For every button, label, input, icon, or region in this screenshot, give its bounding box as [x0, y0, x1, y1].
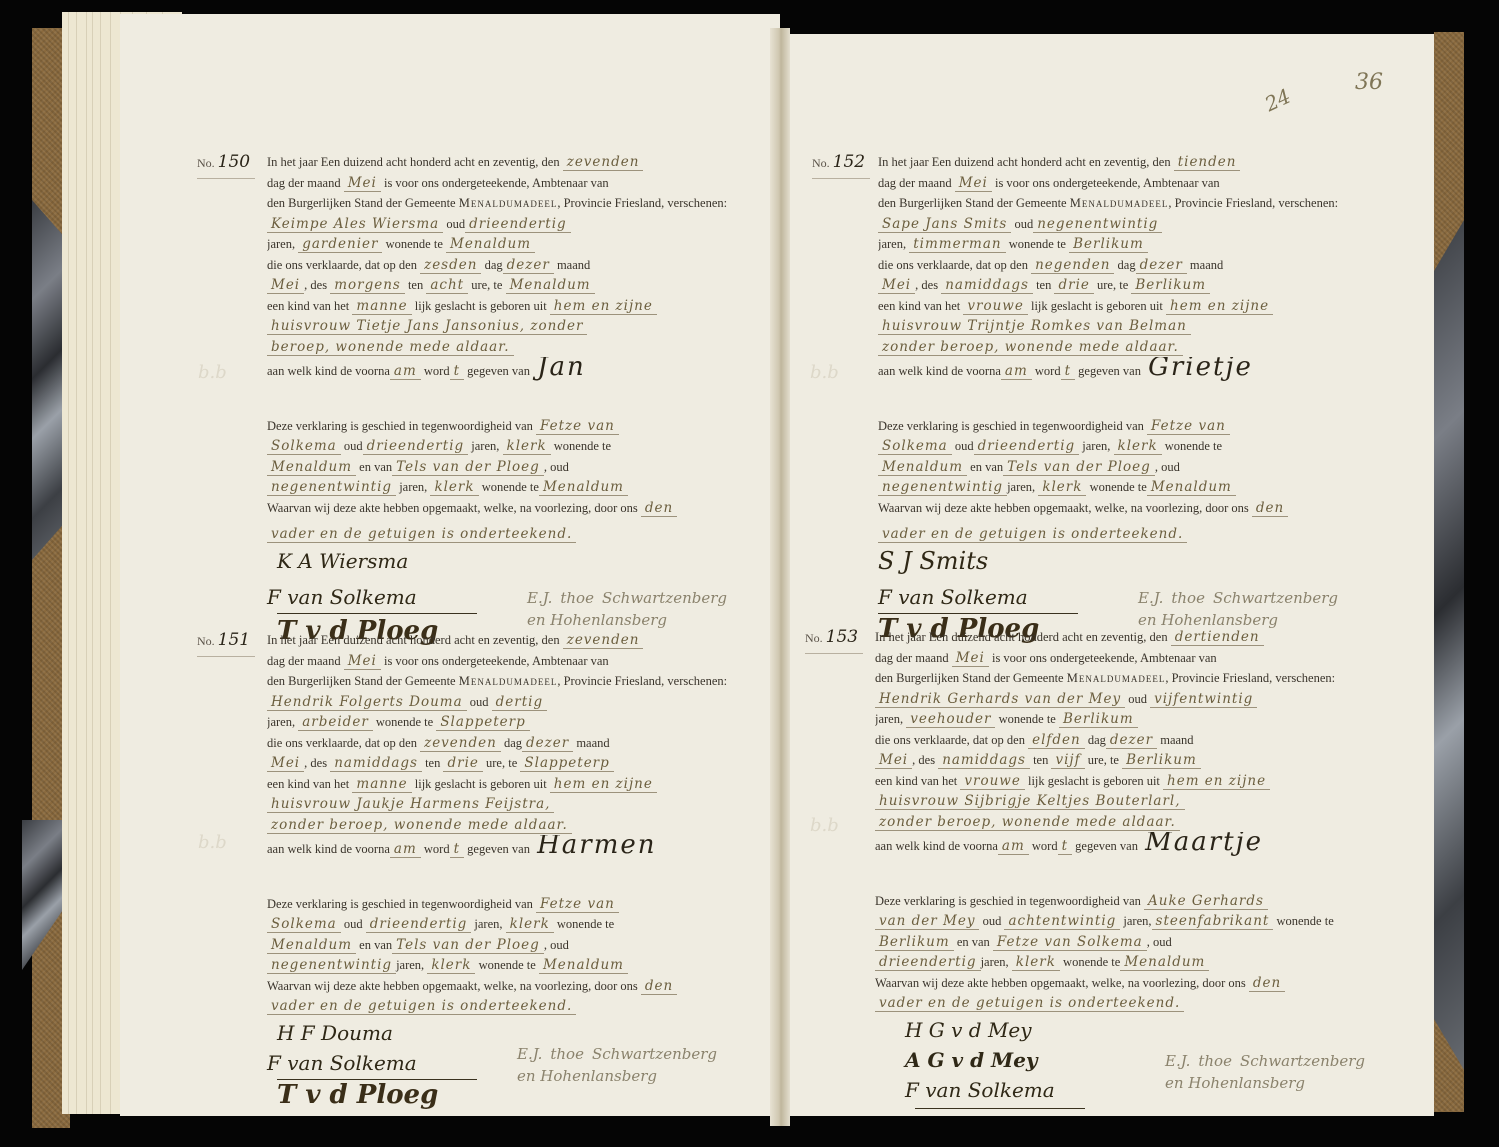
signature-witness1: F van Solkema	[878, 587, 1028, 608]
occupation-field: gardenier	[298, 236, 382, 253]
signature-witness2: T v d Ploeg	[277, 1085, 438, 1106]
day-field: zevenden	[563, 632, 644, 649]
record-body: In het jaar Een duizend acht honderd ach…	[875, 627, 1365, 1130]
time-of-day-field: namiddags	[938, 752, 1030, 769]
hour-field: vijf	[1051, 752, 1084, 769]
father-age-field: drieendertig	[465, 216, 571, 233]
day-field: tienden	[1174, 154, 1241, 171]
day-field: dertienden	[1171, 629, 1264, 646]
birth-day-field: zesden	[420, 257, 481, 274]
father-age-field: negenentwintig	[1033, 216, 1162, 233]
month-field: Mei	[344, 653, 381, 670]
signature-witness2: F van Solkema	[905, 1080, 1055, 1101]
child-name: Harmen	[533, 835, 660, 860]
sex-field: manne	[352, 298, 411, 315]
occupation-field: timmerman	[909, 236, 1005, 253]
signature-witness1: A G v d Mey	[905, 1050, 1038, 1071]
signature-witness1: F van Solkema	[267, 587, 417, 608]
month-field: Mei	[344, 175, 381, 192]
sex-field: manne	[352, 776, 411, 793]
signatures: H F Douma F van Solkema T v d Ploeg E.J.…	[267, 1023, 777, 1133]
witness1-field: Fetze van	[536, 896, 619, 913]
hour-field: drie	[1054, 277, 1093, 294]
witness2-field: Tels van der Ploeg	[392, 459, 544, 476]
record-number: No. 150	[197, 152, 250, 174]
birth-day-field: elfden	[1028, 732, 1085, 749]
child-name: Maartje	[1141, 832, 1267, 857]
mother-field: huisvrouw Sijbrigje Keltjes Bouterlarl,	[875, 793, 1185, 810]
time-of-day-field: namiddags	[330, 755, 422, 772]
witness1-field: Fetze van	[536, 418, 619, 435]
signature-official: E.J. thoe Schwartzenberg en Hohenlansber…	[1165, 1050, 1365, 1094]
residence-field: Berlikum	[1069, 236, 1148, 253]
sex-field: vrouwe	[960, 773, 1024, 790]
month-field: Mei	[952, 650, 989, 667]
birth-place-field: Menaldum	[506, 277, 595, 294]
father-name-field: Hendrik Gerhards van der Mey	[875, 691, 1125, 708]
witness2-field: Tels van der Ploeg	[392, 937, 544, 954]
record-number: No. 153	[805, 627, 858, 649]
mother-field: huisvrouw Tietje Jans Jansonius, zonder	[267, 318, 587, 335]
signatures: H G v d Mey A G v d Mey F van Solkema E.…	[875, 1020, 1365, 1130]
page-number-36: 36	[1355, 70, 1383, 95]
residence-field: Slappeterp	[436, 714, 529, 731]
signature-official: E.J. thoe Schwartzenberg en Hohenlansber…	[517, 1043, 717, 1087]
record-number-rule	[812, 178, 870, 179]
margin-note: b.b	[198, 362, 227, 383]
child-name: Jan	[533, 357, 590, 382]
hour-field: drie	[443, 755, 482, 772]
signature-official: E.J. thoe Schwartzenberg en Hohenlansber…	[1138, 587, 1338, 631]
margin-note: b.b	[810, 362, 839, 383]
record-number-rule	[805, 653, 863, 654]
signature-witness1: F van Solkema	[267, 1053, 417, 1074]
birth-place-field: Berlikum	[1122, 752, 1201, 769]
signature-father: K A Wiersma	[277, 551, 408, 572]
birth-day-field: zevenden	[420, 735, 501, 752]
margin-note: b.b	[810, 815, 839, 836]
witness2-field: Fetze van Solkema	[993, 934, 1147, 951]
day-field: zevenden	[563, 154, 644, 171]
record-number: No. 151	[197, 630, 250, 652]
father-name-field: Sape Jans Smits	[878, 216, 1011, 233]
mother-field: huisvrouw Trijntje Romkes van Belman	[878, 318, 1191, 335]
record-number: No. 152	[812, 152, 865, 174]
occupation-field: arbeider	[298, 714, 373, 731]
child-name: Grietje	[1144, 357, 1257, 382]
occupation-field: veehouder	[906, 711, 995, 728]
record-body: In het jaar Een duizend acht honderd ach…	[267, 152, 777, 661]
residence-field: Menaldum	[446, 236, 535, 253]
hour-field: acht	[426, 277, 468, 294]
witness2-field: Tels van der Ploeg	[1003, 459, 1155, 476]
record-body: In het jaar Een duizend acht honderd ach…	[267, 630, 777, 1133]
father-name-field: Hendrik Folgerts Douma	[267, 694, 467, 711]
margin-note: b.b	[198, 832, 227, 853]
father-name-field: Keimpe Ales Wiersma	[267, 216, 443, 233]
sex-field: vrouwe	[963, 298, 1027, 315]
signature-father: H G v d Mey	[905, 1020, 1032, 1041]
month-field: Mei	[955, 175, 992, 192]
time-of-day-field: namiddags	[941, 277, 1033, 294]
book-cover-right-marble	[1434, 220, 1464, 1070]
signature-father: S J Smits	[878, 551, 988, 572]
witness1-field: Auke Gerhards	[1144, 893, 1268, 910]
residence-field: Berlikum	[1059, 711, 1138, 728]
signature-official: E.J. thoe Schwartzenberg en Hohenlansber…	[527, 587, 727, 631]
time-of-day-field: morgens	[330, 277, 405, 294]
birth-place-field: Berlikum	[1131, 277, 1210, 294]
record-body: In het jaar Een duizend acht honderd ach…	[878, 152, 1368, 661]
mother-field: huisvrouw Jaukje Harmens Feijstra,	[267, 796, 554, 813]
birth-day-field: negenden	[1031, 257, 1114, 274]
record-number-rule	[197, 656, 255, 657]
witness1-field: Fetze van	[1147, 418, 1230, 435]
signature-father: H F Douma	[277, 1023, 393, 1044]
father-age-field: dertig	[492, 694, 547, 711]
birth-place-field: Slappeterp	[520, 755, 613, 772]
father-age-field: vijfentwintig	[1150, 691, 1257, 708]
